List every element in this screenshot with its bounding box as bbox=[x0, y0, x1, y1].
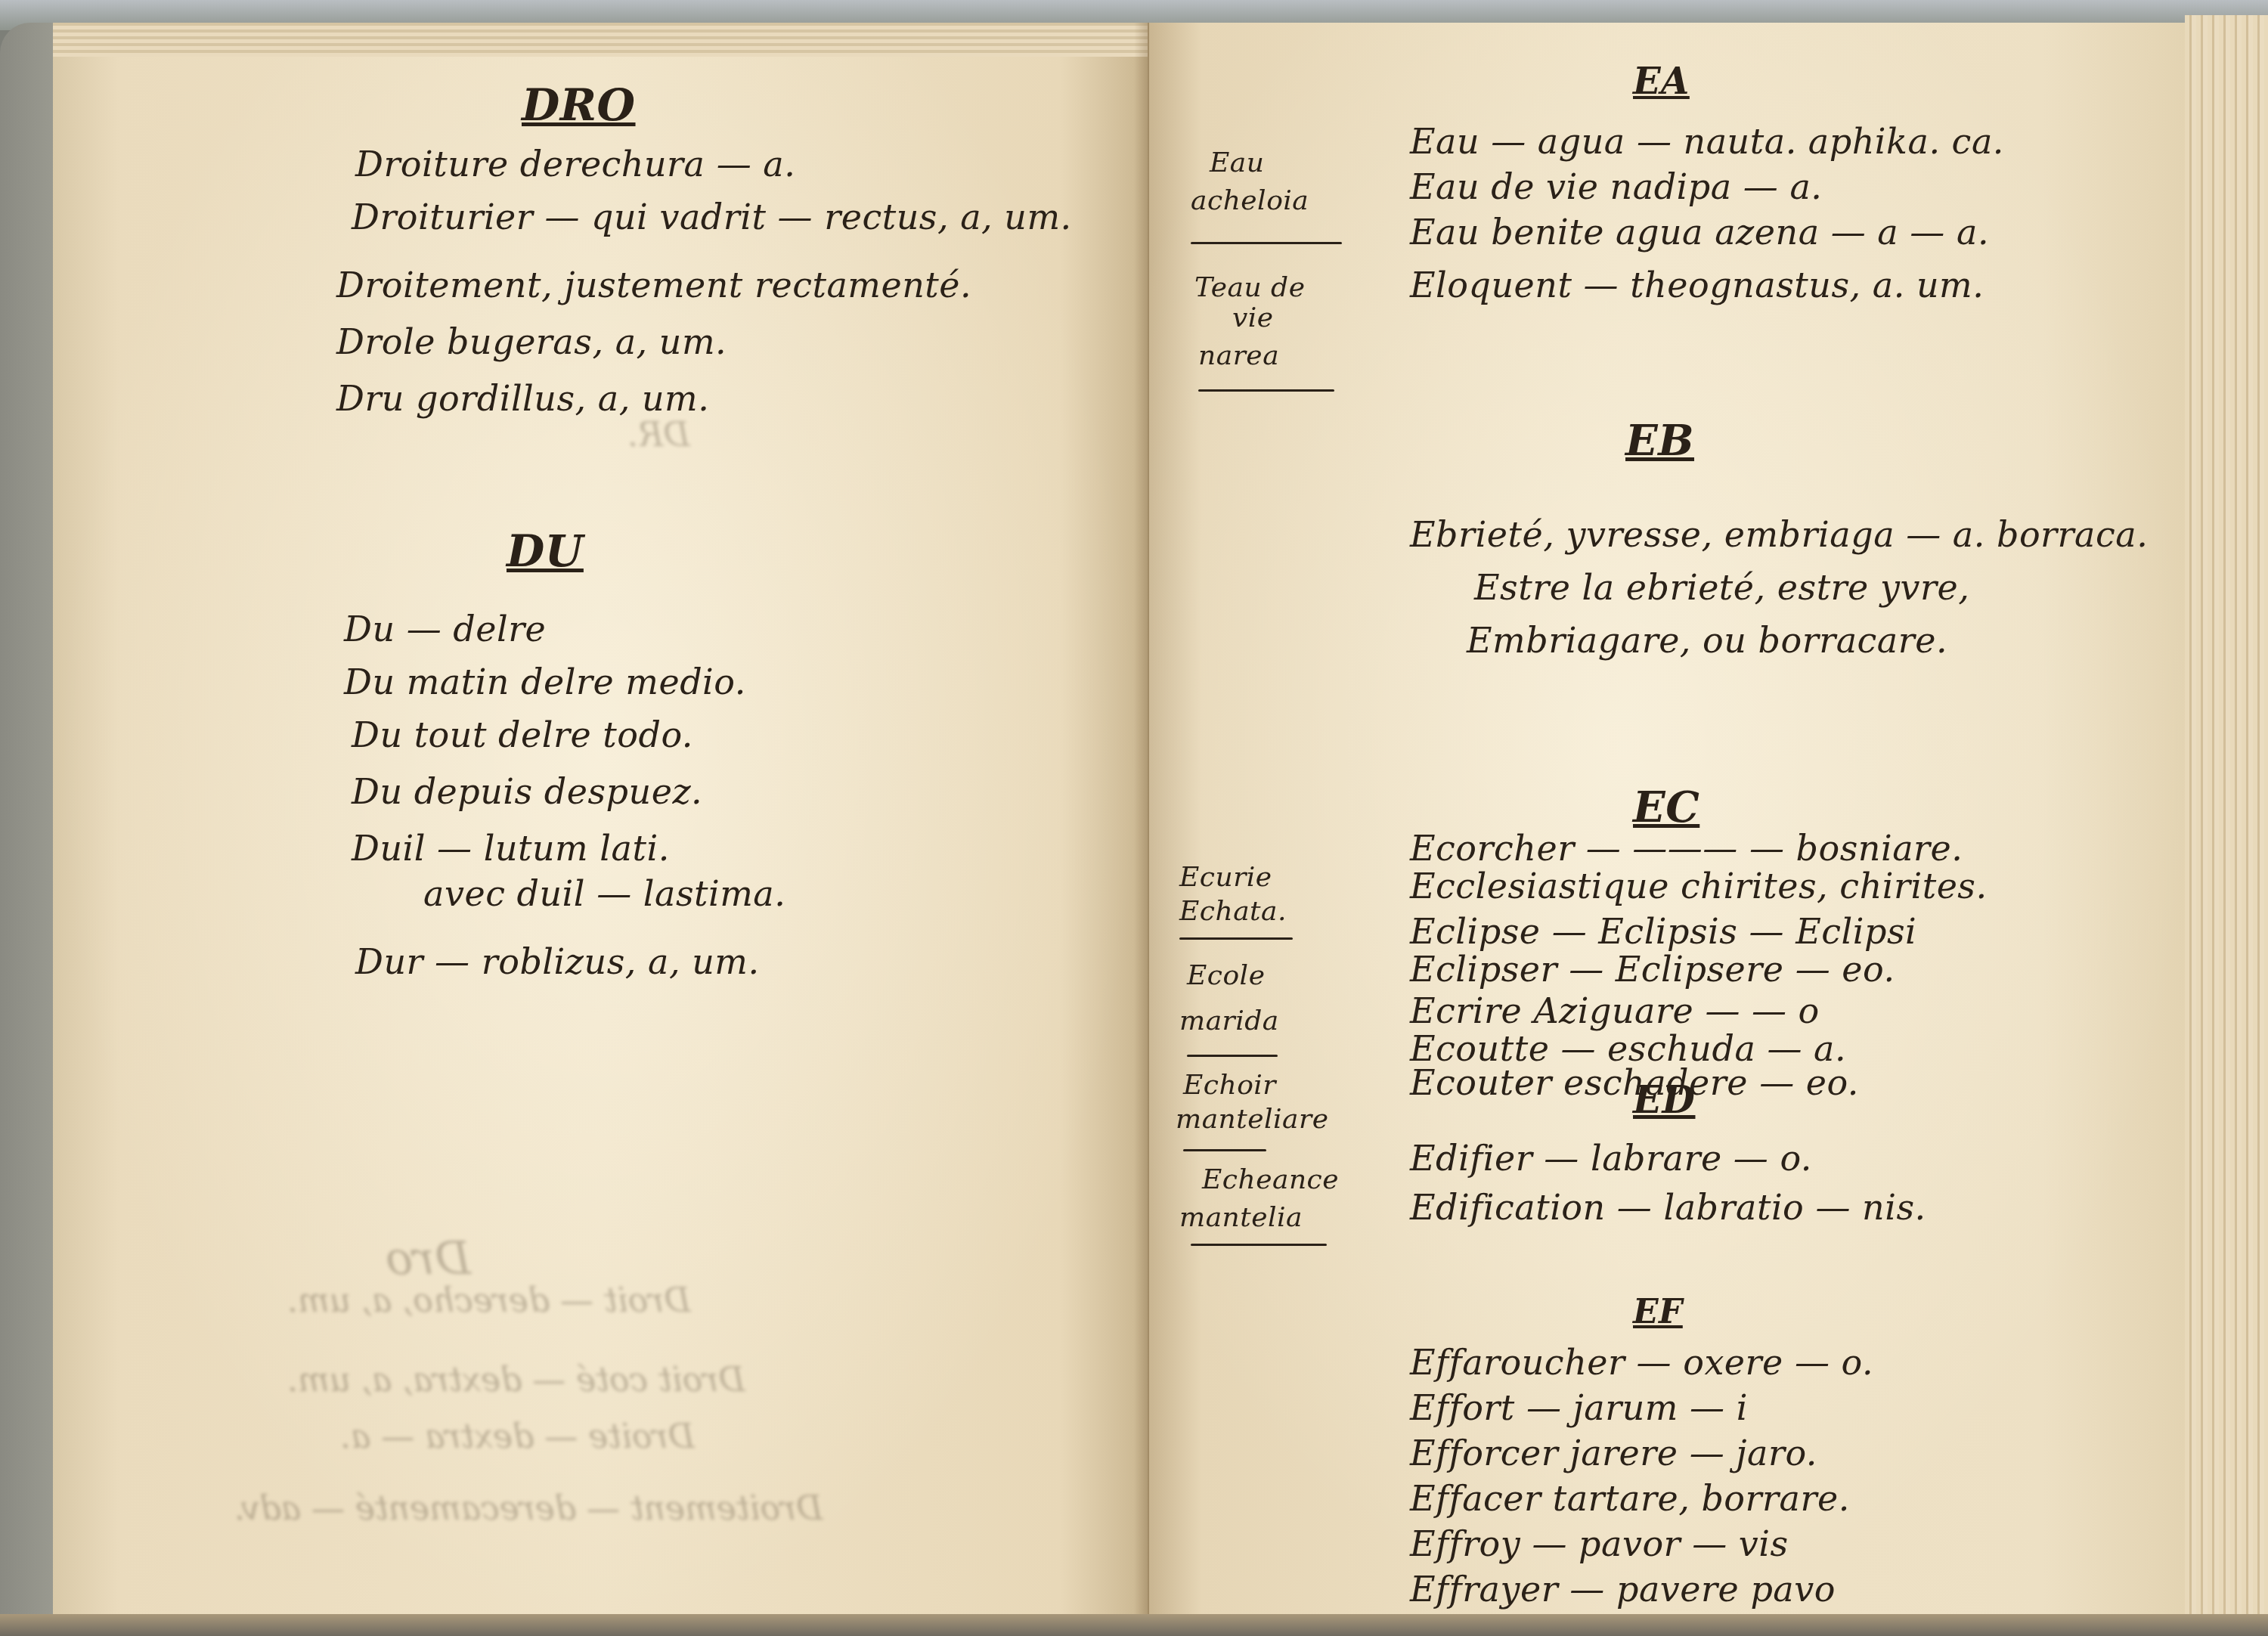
entry-line: Eau benite agua azena — a — a. bbox=[1410, 212, 1989, 253]
entry-line: Dru gordillus, a, um. bbox=[336, 378, 709, 419]
bleed-through-line: Droit coté — dextra, a, um. bbox=[287, 1361, 745, 1399]
entry-line: Effacer tartare, borrare. bbox=[1410, 1478, 1850, 1519]
margin-note: Ecurie bbox=[1179, 862, 1272, 893]
entry-line: Du tout delre todo. bbox=[352, 714, 693, 755]
left-page: DR. Dro Droit — derecho, a, um. Droit co… bbox=[53, 23, 1149, 1636]
page-top-edge bbox=[53, 23, 1148, 57]
margin-note: Echoir bbox=[1183, 1070, 1276, 1101]
bleed-through-line: Droit — derecho, a, um. bbox=[287, 1281, 691, 1320]
margin-divider bbox=[1187, 1055, 1278, 1057]
right-page: EA Eau — agua — nauta. aphika. ca. Eau d… bbox=[1149, 23, 2200, 1636]
entry-line: Effrayer — pavere pavo bbox=[1410, 1569, 1836, 1610]
entry-line: Effort — jarum — i bbox=[1410, 1387, 1748, 1428]
entry-line: Dur — roblizus, a, um. bbox=[355, 941, 760, 982]
entry-line: Edifier — labrare — o. bbox=[1410, 1138, 1812, 1179]
margin-note: narea bbox=[1198, 340, 1279, 371]
section-heading-ea: EA bbox=[1633, 60, 1690, 103]
entry-line: Edification — labratio — nis. bbox=[1410, 1187, 1926, 1228]
entry-line: Eclipse — Eclipsis — Eclipsi bbox=[1410, 911, 1916, 952]
entry-line: Du — delre bbox=[344, 609, 546, 649]
entry-line: Eloquent — theognastus, a. um. bbox=[1410, 265, 1984, 305]
entry-line: Droiturier — qui vadrit — rectus, a, um. bbox=[352, 197, 1072, 237]
margin-note: Teau de bbox=[1194, 272, 1305, 303]
entry-line: Droiture derechura — a. bbox=[355, 144, 795, 184]
entry-line: Ebrieté, yvresse, embriaga — a. borraca. bbox=[1410, 514, 2148, 555]
section-heading-ef: EF bbox=[1633, 1293, 1683, 1331]
bleed-through-heading: Dro bbox=[386, 1232, 471, 1285]
margin-divider bbox=[1179, 937, 1293, 940]
entry-line: avec duil — lastima. bbox=[423, 873, 785, 914]
entry-line: Efforcer jarere — jaro. bbox=[1410, 1433, 1817, 1473]
margin-divider bbox=[1191, 1244, 1327, 1246]
bleed-through-mark: DR. bbox=[627, 416, 689, 454]
section-heading-ed: ED bbox=[1633, 1077, 1695, 1122]
entry-line: Effaroucher — oxere — o. bbox=[1410, 1342, 1873, 1383]
entry-line: Droitement, justement rectamenté. bbox=[336, 265, 971, 305]
bleed-through-line: Droite — dextra — a. bbox=[340, 1418, 695, 1456]
entry-line: Estre la ebrieté, estre yvre, bbox=[1474, 567, 1969, 608]
margin-divider bbox=[1198, 389, 1334, 392]
section-heading-dro: DRO bbox=[522, 79, 636, 131]
entry-line: Eclipser — Eclipsere — eo. bbox=[1410, 949, 1895, 990]
bleed-through-line: Droitement — derecamenté — adv. bbox=[234, 1489, 823, 1528]
margin-note: marida bbox=[1179, 1005, 1279, 1036]
entry-line: Eau de vie nadipa — a. bbox=[1410, 166, 1822, 207]
entry-line: Ecrire Aziguare — — o bbox=[1410, 990, 1820, 1031]
entry-line: Embriagare, ou borracare. bbox=[1467, 620, 1947, 661]
scan-bottom-edge bbox=[0, 1614, 2268, 1636]
entry-line: Eau — agua — nauta. aphika. ca. bbox=[1410, 121, 2004, 162]
margin-note: Eau bbox=[1210, 147, 1264, 178]
section-heading-du: DU bbox=[507, 525, 584, 577]
margin-divider bbox=[1183, 1149, 1266, 1151]
entry-line: Duil — lutum lati. bbox=[352, 828, 670, 869]
entry-line: Ecorcher — ——— — bosniare. bbox=[1410, 828, 1963, 869]
margin-divider bbox=[1191, 242, 1342, 244]
section-heading-eb: EB bbox=[1625, 416, 1694, 466]
section-heading-ec: EC bbox=[1633, 782, 1699, 832]
entry-line: Du matin delre medio. bbox=[344, 662, 746, 702]
margin-note: acheloia bbox=[1191, 185, 1309, 216]
entry-line: Ecclesiastique chirites, chirites. bbox=[1410, 866, 1988, 906]
margin-note: Echata. bbox=[1179, 896, 1287, 927]
margin-note: Echeance bbox=[1202, 1164, 1339, 1195]
page-fore-edge bbox=[2185, 15, 2268, 1636]
entry-line: Drole bugeras, a, um. bbox=[336, 321, 727, 362]
entry-line: Effroy — pavor — vis bbox=[1410, 1523, 1789, 1564]
margin-note: mantelia bbox=[1179, 1202, 1303, 1233]
margin-note: Ecole bbox=[1187, 960, 1265, 991]
entry-line: Du depuis despuez. bbox=[352, 771, 702, 812]
margin-note: manteliare bbox=[1176, 1104, 1329, 1135]
margin-note: vie bbox=[1232, 302, 1274, 333]
